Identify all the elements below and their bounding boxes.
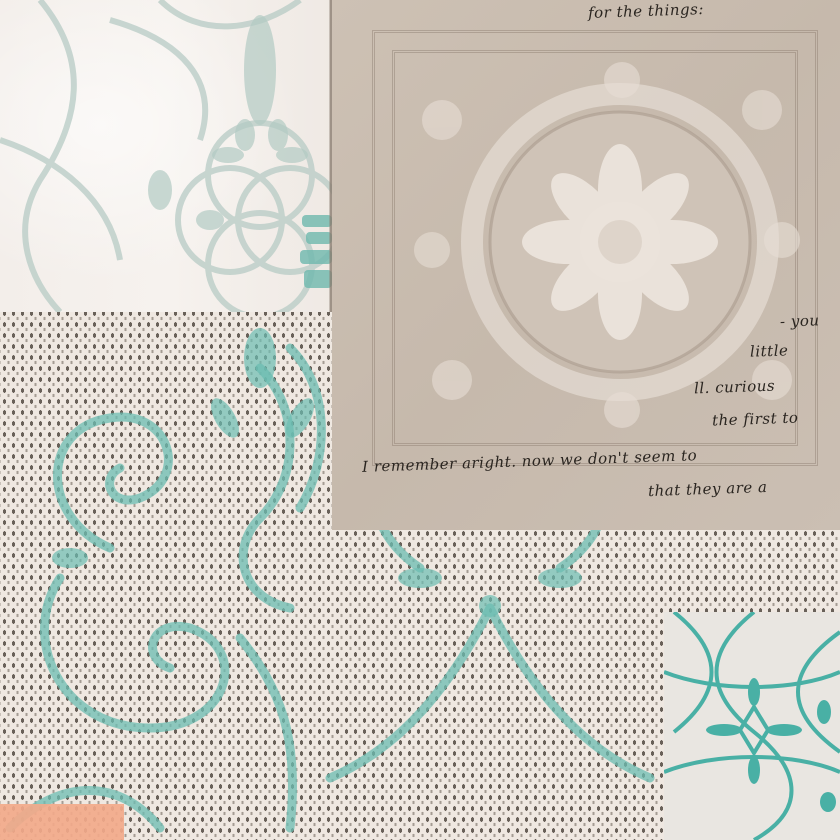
pale-damask-panel	[0, 0, 336, 312]
coral-label-badge	[0, 804, 124, 840]
handwriting-line-1: - you	[780, 311, 820, 330]
teal-lattice-panel	[664, 612, 840, 840]
collage-canvas: for the things: - you little ll. curious…	[0, 0, 840, 840]
handwriting-line-4: the first to	[712, 408, 799, 429]
teal-lattice-pattern	[664, 612, 840, 840]
handwriting-line-2: little	[750, 341, 789, 360]
handwriting-line-3: ll. curious	[694, 377, 776, 398]
pale-damask-pattern	[0, 0, 336, 312]
